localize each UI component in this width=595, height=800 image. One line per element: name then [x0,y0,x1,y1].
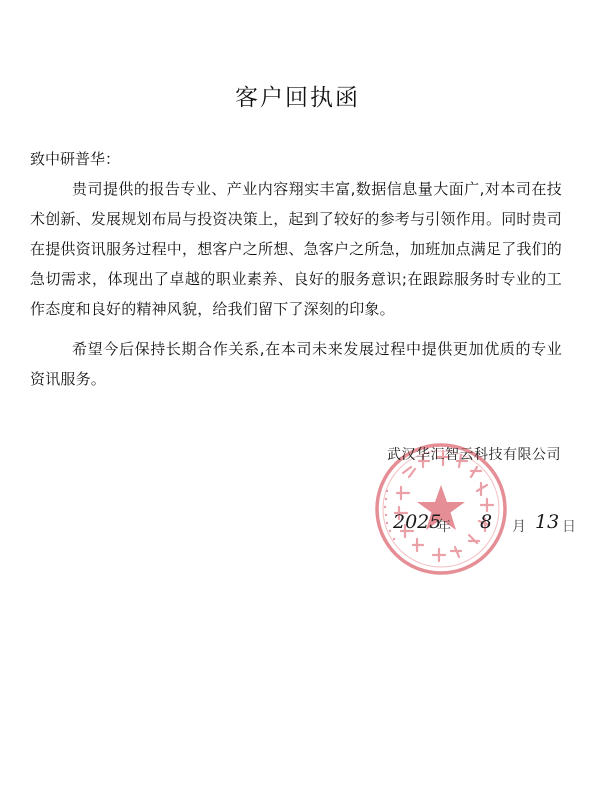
letter-page: 客户回执函 致中研普华： 贵司提供的报告专业、产业内容翔实丰富,数据信息量大面广… [0,0,595,800]
date-day-label: 日 [562,516,576,536]
body-paragraph-2: 希望今后保持长期合作关系,在本司未来发展过程中提供更加优质的专业资讯服务。 [30,334,562,394]
date-day: 13 [535,511,559,533]
date-month-label: 月 [512,516,526,536]
date-year: 2025 [393,511,441,533]
date-year-label: 年 [437,516,451,536]
signature-company: 武汉华汇智云科技有限公司 [387,444,561,464]
letter-title: 客户回执函 [0,79,595,112]
signature-date: 2025 年 8 月 13 日 [385,514,575,542]
body-paragraph-1: 贵司提供的报告专业、产业内容翔实丰富,数据信息量大面广,对本司在技术创新、发展规… [30,174,562,324]
salutation: 致中研普华： [30,148,120,169]
date-month: 8 [480,511,492,533]
